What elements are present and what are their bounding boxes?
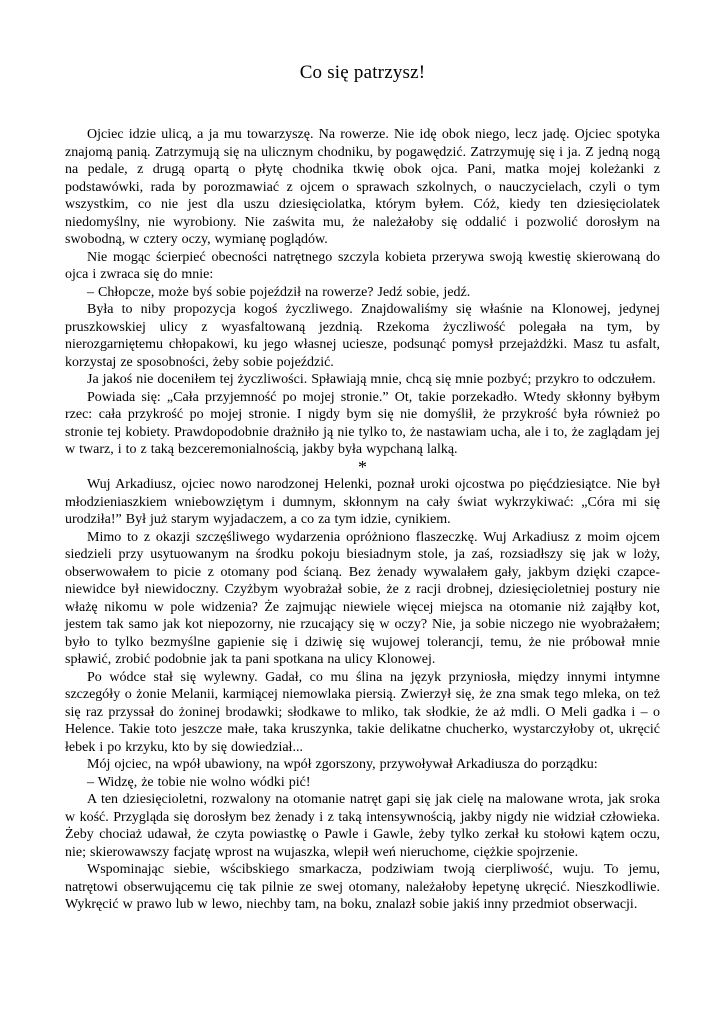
document-body: Ojciec idzie ulicą, a ja mu towarzyszę. …	[65, 126, 660, 914]
paragraph: Ja jakoś nie doceniłem tej życzliwości. …	[65, 371, 660, 389]
paragraph: – Widzę, że tobie nie wolno wódki pić!	[65, 774, 660, 792]
paragraph: Mój ojciec, na wpół ubawiony, na wpół zg…	[65, 756, 660, 774]
paragraph: Po wódce stał się wylewny. Gadał, co mu …	[65, 669, 660, 757]
paragraph: A ten dziesięcioletni, rozwalony na otom…	[65, 791, 660, 861]
paragraph: Wuj Arkadiusz, ojciec nowo narodzonej He…	[65, 476, 660, 529]
paragraph: Ojciec idzie ulicą, a ja mu towarzyszę. …	[65, 126, 660, 249]
paragraph: Wspominając siebie, wścibskiego smarkacz…	[65, 861, 660, 914]
paragraph: Powiada się: „Cała przyjemność po mojej …	[65, 389, 660, 459]
paragraph: Była to niby propozycja kogoś życzliwego…	[65, 301, 660, 371]
paragraph: Nie mogąc ścierpieć obecności natrętnego…	[65, 249, 660, 284]
document-page: Co się patrzysz! Ojciec idzie ulicą, a j…	[0, 0, 724, 1024]
paragraph: – Chłopcze, może byś sobie pojeździł na …	[65, 284, 660, 302]
section-separator: *	[65, 459, 660, 477]
document-title: Co się patrzysz!	[65, 62, 660, 84]
paragraph: Mimo to z okazji szczęśliwego wydarzenia…	[65, 529, 660, 669]
